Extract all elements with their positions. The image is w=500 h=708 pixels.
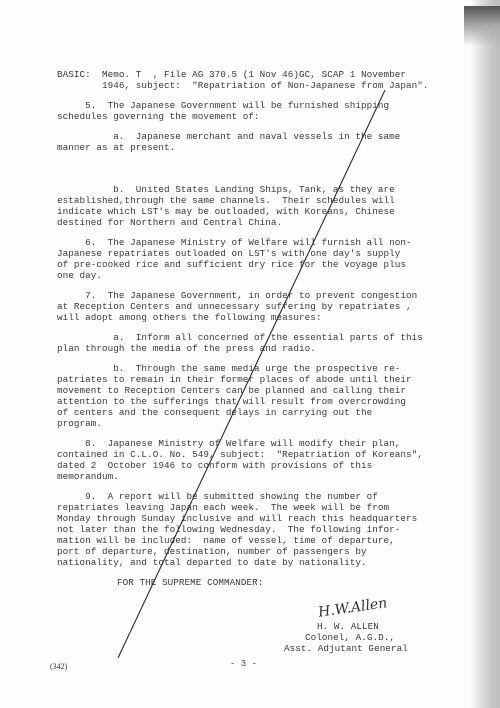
cancellation-slash-line	[0, 0, 500, 708]
document-page: BASIC: Memo. T , File AG 370.5 (1 Nov 46…	[0, 0, 500, 708]
